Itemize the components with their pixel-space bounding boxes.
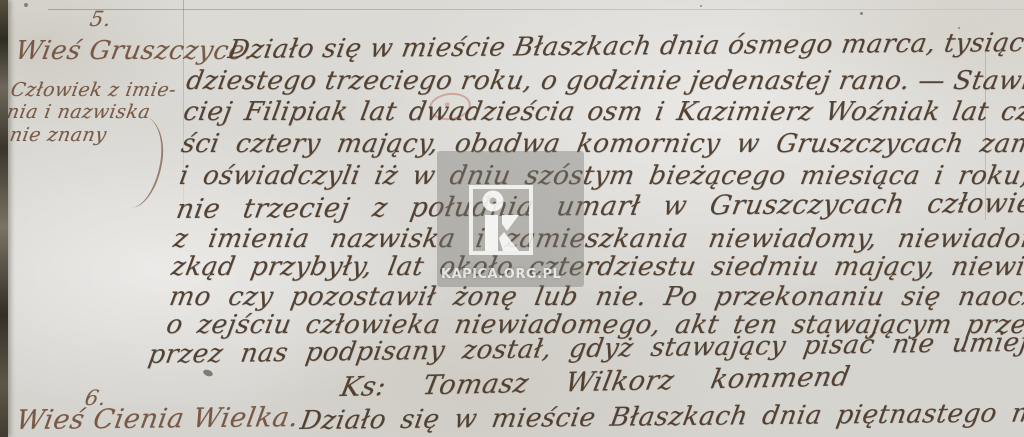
register-page-scan: 5. Wieś Gruszczyce. Człowiek z imie- nia… [0, 0, 1024, 437]
margin-act-number-5: 5. [88, 7, 113, 31]
ik-logo-glyph [473, 189, 529, 251]
handwritten-line: z imienia nazwiska i zamieszkania niewia… [171, 224, 1024, 254]
paper-speck [700, 5, 702, 7]
watermark-url-text: KAPICA.ORG.PL [441, 267, 580, 282]
margin-note-line: nie znany [8, 124, 109, 146]
ruled-line-top [48, 9, 1024, 10]
handwritten-line: zkąd przybyły, lat około czterdziestu si… [169, 252, 1024, 282]
margin-note-line: Człowiek z imie- [9, 79, 178, 101]
priest-signature: Ks: Tomasz Wilkorz kommend [338, 361, 853, 403]
handwritten-line: nie trzeciej z południa umarł w Gruszczy… [174, 188, 1024, 225]
handwritten-line: Działo się w mieście Błaszkach dnia pięt… [298, 397, 1024, 436]
paper-speck [24, 3, 28, 7]
paper-speck [860, 12, 863, 15]
handwritten-line: i oświadczyli iż w dniu szóstym bieżąceg… [177, 161, 1024, 191]
margin-village-cienia-wielka: Wieś Cienia Wielka. [14, 402, 301, 436]
handwritten-line: mo czy pozostawił żonę lub nie. Po przek… [167, 282, 1024, 312]
handwritten-line: ciej Filipiak lat dwadzieścia osm i Kazi… [181, 97, 1024, 127]
handwritten-line: Działo się w mieście Błaszkach dnia ósme… [226, 26, 1024, 65]
binding-edge [0, 0, 8, 437]
handwritten-line: dziestego trzeciego roku, o godzinie jed… [184, 66, 1024, 96]
margin-note-flourish [109, 112, 171, 211]
handwritten-line: ści cztery mający, obadwa komornicy w Gr… [179, 129, 1024, 159]
watermark-overlay: KAPICA.ORG.PL [437, 151, 584, 287]
margin-village-gruszczyce: Wieś Gruszczyce. [13, 36, 256, 66]
ink-blot [202, 368, 213, 377]
kapica-logo-icon [469, 185, 533, 255]
